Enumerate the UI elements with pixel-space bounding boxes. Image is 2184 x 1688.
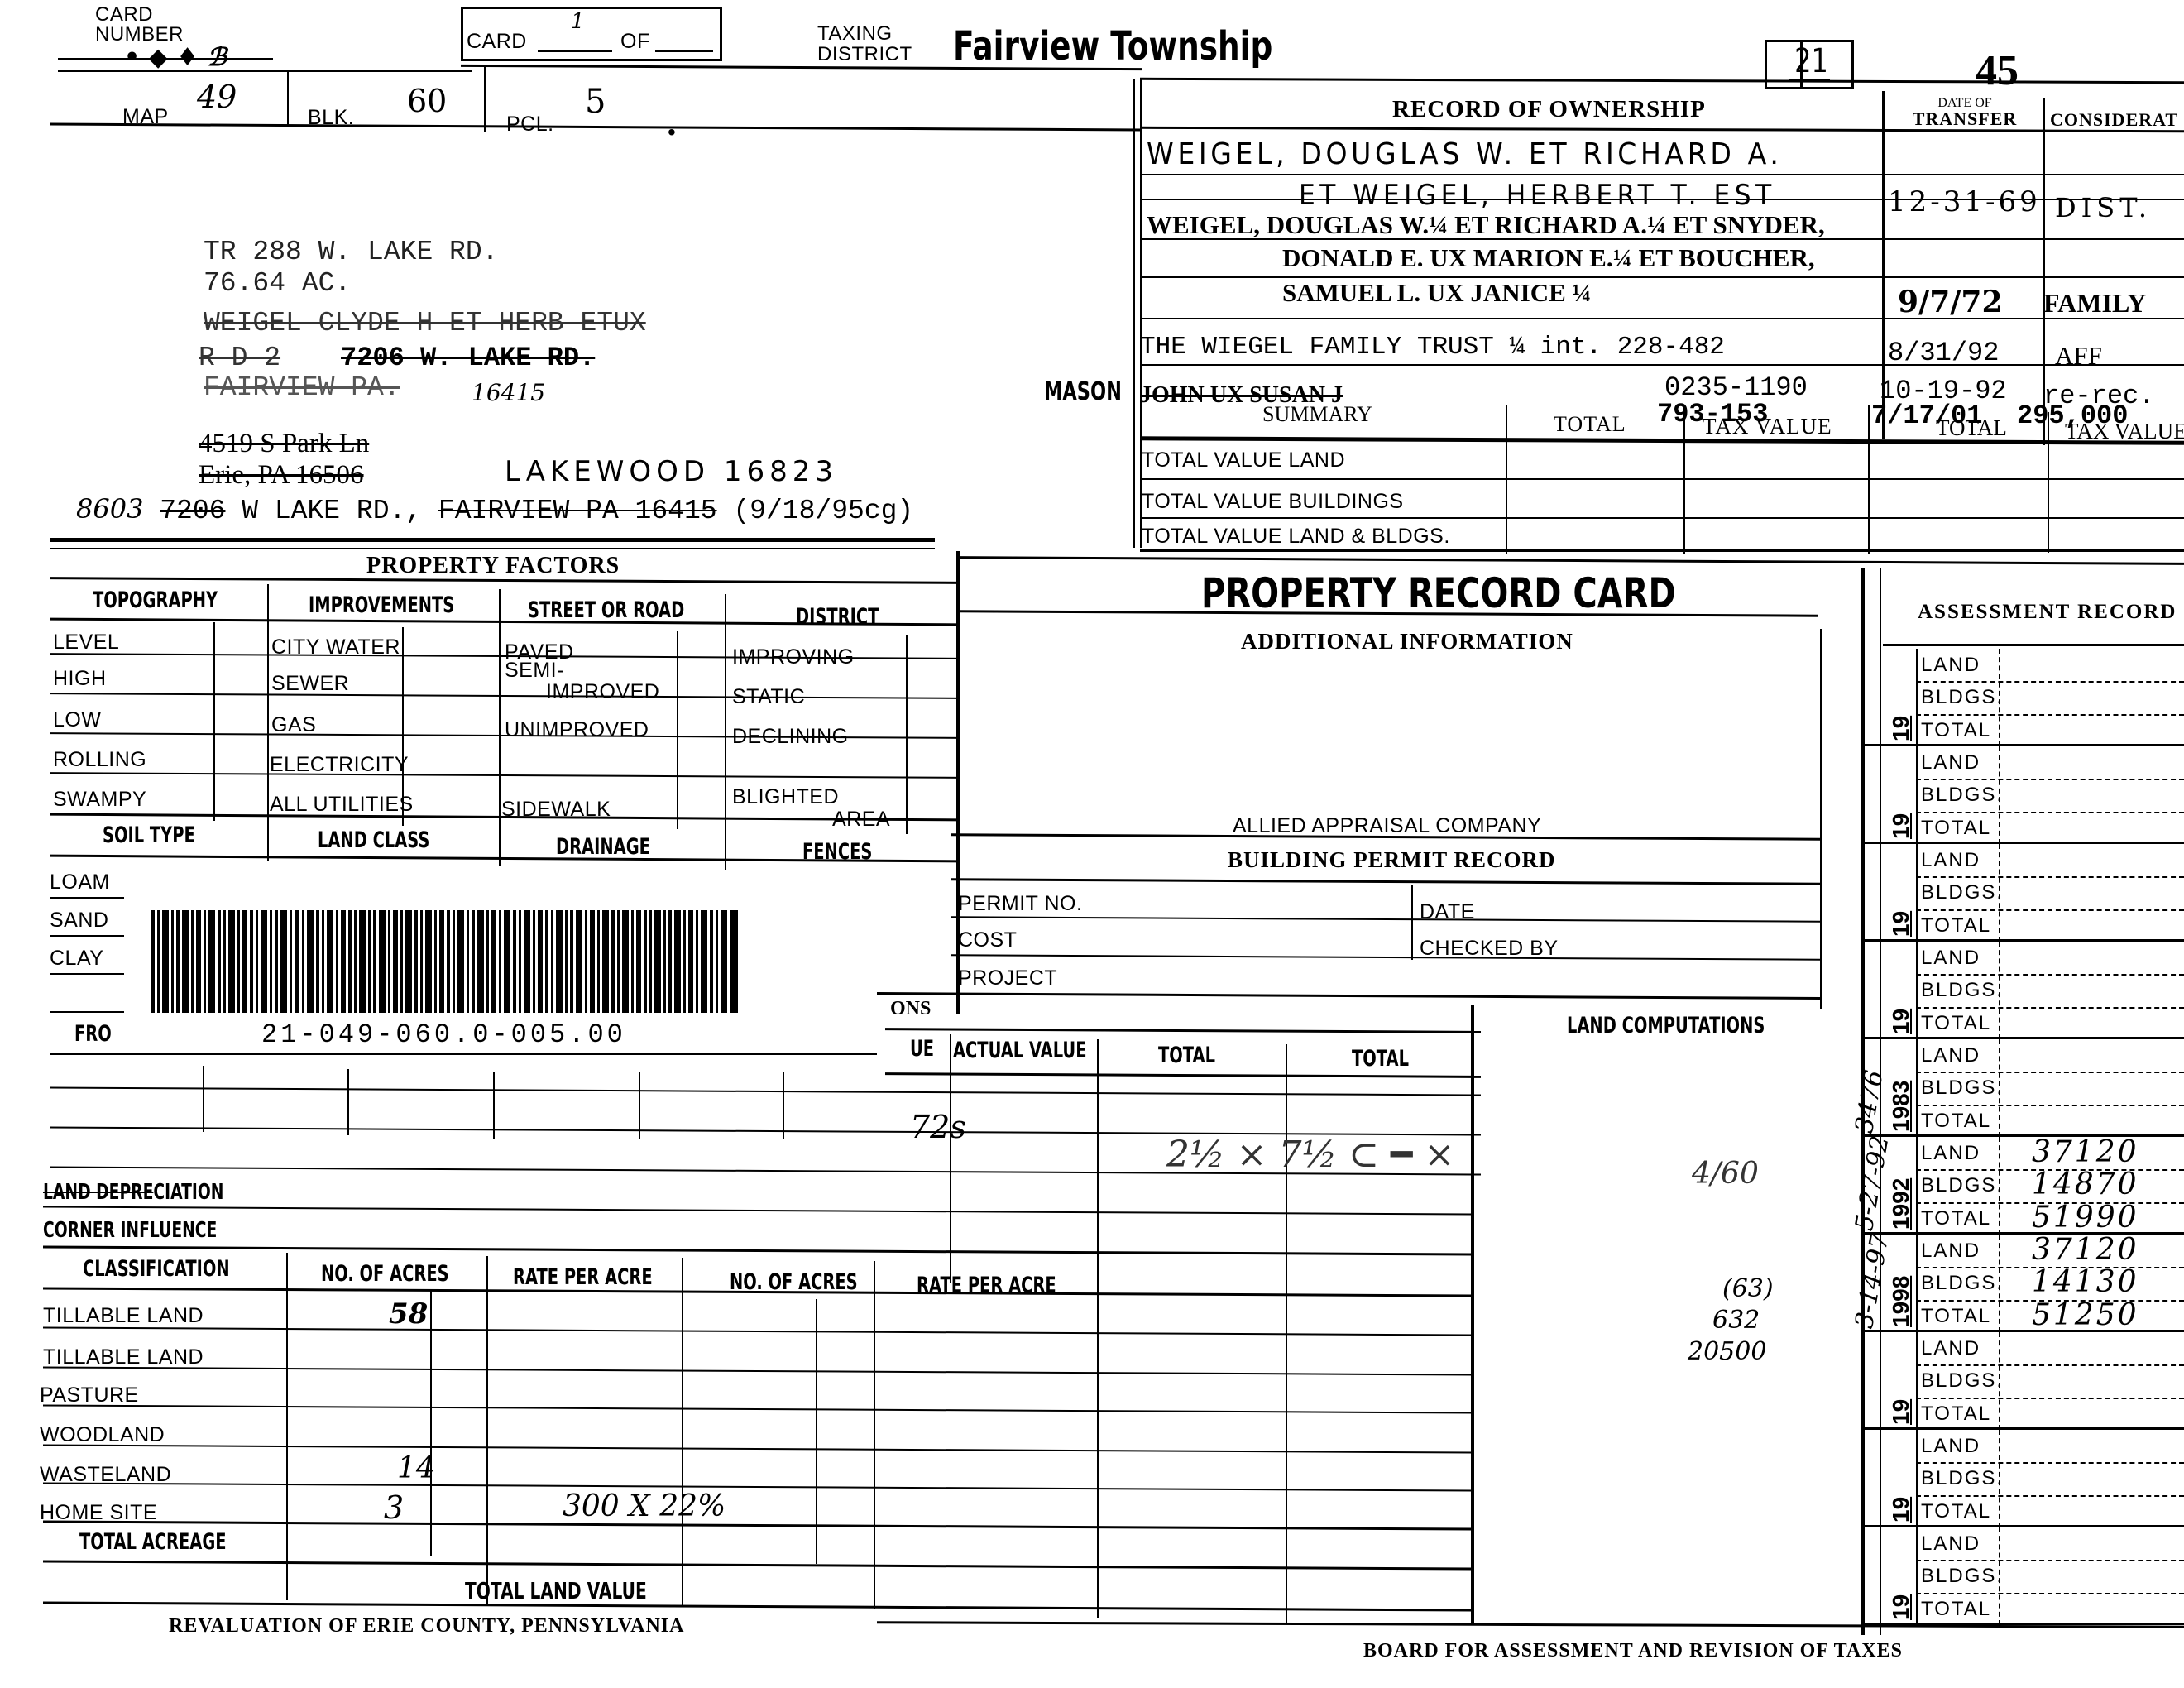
soil-type-header: SOIL TYPE	[103, 822, 195, 848]
assessment-label: TOTAL	[1921, 817, 1991, 840]
record-card-title: PROPERTY RECORD CARD	[1201, 569, 1676, 617]
card-of-box: CARD 1 OF	[461, 7, 722, 61]
total-header-1: TOTAL	[1158, 1043, 1215, 1068]
assessment-year: 1992	[1888, 1178, 1914, 1230]
assessment-label: LAND	[1921, 947, 1980, 970]
drainage-header: DRAINAGE	[556, 834, 650, 860]
footer-left: REVALUATION OF ERIE COUNTY, PENNSYLVANIA	[169, 1615, 684, 1638]
taxing-district-value: Fairview Township	[953, 23, 1272, 70]
land-computations-title: LAND COMPUTATIONS	[1567, 1013, 1765, 1038]
summary-col-total: TOTAL	[1554, 412, 1626, 437]
ons-label: ONS	[890, 998, 931, 1020]
summary-row-land-bldgs: TOTAL VALUE LAND & BLDGS.	[1142, 525, 1450, 549]
summary-row-land: TOTAL VALUE LAND	[1142, 448, 1345, 472]
assessment-block: LAND37120BLDGS.14870TOTAL5199019925-27-9…	[1883, 1137, 2184, 1235]
permit-project-label: PROJECT	[958, 966, 1057, 990]
assessment-year: 19	[1888, 911, 1914, 937]
district-header: DISTRICT	[796, 604, 879, 630]
assessment-label: LAND	[1921, 1435, 1980, 1458]
total-acreage-label: TOTAL ACREAGE	[79, 1529, 227, 1555]
assessment-block: LANDBLDGS.TOTAL19	[1883, 1430, 2184, 1527]
hand-home-rate: 300 X 22%	[563, 1489, 726, 1523]
assessment-total-value: 51250	[2032, 1298, 2139, 1332]
summary-col-total-2: TOTAL	[1936, 415, 2007, 441]
total-header-2: TOTAL	[1352, 1046, 1409, 1072]
ownership-row-6-date: 8/31/92	[1888, 338, 1999, 368]
additional-info-title: ADDITIONAL INFORMATION	[1241, 629, 1573, 655]
assessment-label: LAND	[1921, 1142, 1980, 1165]
assessment-label: LAND	[1921, 654, 1980, 677]
ue-label: UE	[910, 1036, 934, 1062]
land-class-header: LAND CLASS	[318, 827, 429, 853]
assessment-label: BLDGS.	[1921, 1565, 2004, 1588]
assessment-label: TOTAL	[1921, 1110, 1991, 1133]
summary-row-buildings: TOTAL VALUE BUILDINGS	[1142, 490, 1404, 514]
footer-right: BOARD FOR ASSESSMENT AND REVISION OF TAX…	[1363, 1640, 1903, 1662]
property-factors-title: PROPERTY FACTORS	[366, 553, 620, 579]
assessment-label: TOTAL	[1921, 1012, 1991, 1035]
assessment-label: LAND	[1921, 1240, 1980, 1263]
hand-note-computations-right: 4/60	[1692, 1157, 1759, 1191]
permit-no-label: PERMIT NO.	[958, 892, 1082, 916]
assessment-label: BLDGS.	[1921, 1369, 2004, 1393]
hand-note-computations: 2½ × 7½ ⊂ ━ ×	[1166, 1134, 1454, 1176]
topography-header: TOPOGRAPHY	[93, 587, 218, 613]
assessment-label: BLDGS.	[1921, 1467, 2004, 1490]
assessment-block: LANDBLDGS.TOTAL19	[1883, 1527, 2184, 1625]
map-number-scribble: • ◆ ♦ ℬ	[124, 43, 227, 72]
ownership-row-5-consideration: FAMILY	[2043, 288, 2146, 319]
ownership-row-4: DONALD E. UX MARION E.¼ ET BOUCHER,	[1282, 243, 1815, 273]
assessment-total-value: 51990	[2032, 1201, 2139, 1235]
assessment-year: 19	[1888, 813, 1914, 839]
assessment-land-value: 37120	[2032, 1233, 2139, 1267]
hand-waste-acres: 14	[397, 1451, 435, 1485]
assessment-year: 19	[1888, 1009, 1914, 1034]
ownership-row-5: SAMUEL L. UX JANICE ¼	[1282, 278, 1592, 308]
assessment-block: LANDBLDGS.TOTAL19	[1883, 649, 2184, 746]
assessment-label: TOTAL	[1921, 1207, 1991, 1230]
assessment-label: BLDGS.	[1921, 1174, 2004, 1197]
classification-header: CLASSIFICATION	[83, 1256, 230, 1282]
assessment-block: LANDBLDGS.TOTAL19	[1883, 844, 2184, 942]
total-land-value-label: TOTAL LAND VALUE	[465, 1577, 647, 1604]
assessment-label: BLDGS.	[1921, 979, 2004, 1002]
assessment-block: LANDBLDGS.TOTAL19833476	[1883, 1039, 2184, 1137]
parcel-id-text: 21-049-060.0-005.00	[261, 1019, 626, 1050]
ownership-row-2-consideration: DIST.	[2055, 192, 2152, 223]
assessment-year: 19	[1888, 1497, 1914, 1523]
assessment-year: 19	[1888, 1399, 1914, 1425]
assessment-label: BLDGS.	[1921, 784, 2004, 807]
ownership-row-2-date: 12-31-69	[1888, 185, 2041, 218]
assessment-label: BLDGS.	[1921, 1077, 2004, 1100]
land-depreciation-label: LAND DEPRECIATION	[43, 1180, 223, 1205]
assessment-year: 1983	[1888, 1081, 1914, 1132]
assessment-year: 19	[1888, 716, 1914, 741]
assessment-bldgs-value: 14130	[2032, 1265, 2139, 1299]
no-of-acres-header-1: NO. OF ACRES	[321, 1261, 449, 1287]
consideration-header: CONSIDERAT	[2050, 109, 2178, 131]
assessment-label: TOTAL	[1921, 719, 1991, 742]
mason-label: MASON	[1044, 377, 1122, 406]
hand-note-63: (63)	[1722, 1274, 1774, 1303]
hand-note-actual-value: 72s	[910, 1109, 966, 1145]
assessment-block: LANDBLDGS.TOTAL19	[1883, 746, 2184, 844]
assessment-label: TOTAL	[1921, 1403, 1991, 1426]
parcel-barcode	[151, 910, 780, 1013]
date-of-transfer-header: DATE OF TRANSFER	[1888, 96, 2042, 127]
front-label: FRO	[74, 1021, 112, 1047]
assessment-label: TOTAL	[1921, 914, 1991, 938]
assessment-note: 3476	[1850, 1068, 1889, 1135]
assessment-label: LAND	[1921, 1337, 1980, 1360]
page-number: 45	[1976, 46, 2019, 95]
hand-tillable-acres: 58	[389, 1297, 428, 1331]
permit-record-title: BUILDING PERMIT RECORD	[1228, 847, 1556, 873]
permit-date-label: DATE	[1420, 900, 1475, 924]
ownership-title: RECORD OF OWNERSHIP	[1392, 96, 1706, 123]
ownership-row-1: WEIGEL, DOUGLAS W. ET RICHARD A.	[1147, 137, 1782, 171]
assessment-label: TOTAL	[1921, 1500, 1991, 1523]
hand-home-acres: 3	[384, 1489, 404, 1526]
hand-note-20500: 20500	[1688, 1337, 1766, 1366]
rate-per-acre-header-1: RATE PER ACRE	[513, 1264, 653, 1290]
actual-value-header: ACTUAL VALUE	[953, 1038, 1086, 1063]
permit-cost-label: COST	[958, 928, 1017, 952]
assessment-land-value: 37120	[2032, 1135, 2139, 1169]
assessment-block: LAND37120BLDGS.14130TOTAL5125019983-14-9…	[1883, 1235, 2184, 1332]
card-number-label: CARD NUMBER	[95, 5, 184, 45]
assessment-label: TOTAL	[1921, 1305, 1991, 1328]
corner-influence-label: CORNER INFLUENCE	[43, 1218, 217, 1243]
ownership-row-6: THE WIEGEL FAMILY TRUST ¼ int. 228-482	[1140, 333, 1725, 362]
assessment-label: LAND	[1921, 1532, 1980, 1556]
assessment-label: TOTAL	[1921, 1598, 1991, 1621]
ownership-row-6-consideration: AFF	[2055, 341, 2102, 371]
ownership-row-3: WEIGEL, DOUGLAS W.¼ ET RICHARD A.¼ ET SN…	[1147, 210, 1825, 240]
assessment-block: LANDBLDGS.TOTAL19	[1883, 942, 2184, 1039]
assessment-block: LANDBLDGS.TOTAL19	[1883, 1332, 2184, 1430]
assessment-title: ASSESSMENT RECORD	[1918, 601, 2177, 624]
assessment-year: 19	[1888, 1594, 1914, 1620]
assessment-label: LAND	[1921, 1044, 1980, 1067]
improvements-header: IMPROVEMENTS	[309, 592, 454, 618]
assessment-label: BLDGS.	[1921, 881, 2004, 904]
assessment-label: BLDGS.	[1921, 686, 2004, 709]
summary-col-tax-value: TAX VALUE	[1703, 414, 1832, 439]
street-road-header: STREET OR ROAD	[528, 597, 684, 623]
hand-note-632: 632	[1712, 1306, 1760, 1335]
assessment-bldgs-value: 14870	[2032, 1168, 2139, 1201]
ownership-row-2: ET WEIGEL, HERBERT T. EST	[1299, 179, 1776, 212]
assessment-label: LAND	[1921, 751, 1980, 774]
assessment-label: LAND	[1921, 849, 1980, 872]
assessment-year: 1998	[1888, 1276, 1914, 1327]
summary-title: SUMMARY	[1262, 402, 1372, 427]
ownership-row-5-date: 9/7/72	[1898, 285, 2003, 319]
taxing-district-label: TAXING DISTRICT	[817, 23, 912, 65]
assessment-label: BLDGS.	[1921, 1272, 2004, 1295]
